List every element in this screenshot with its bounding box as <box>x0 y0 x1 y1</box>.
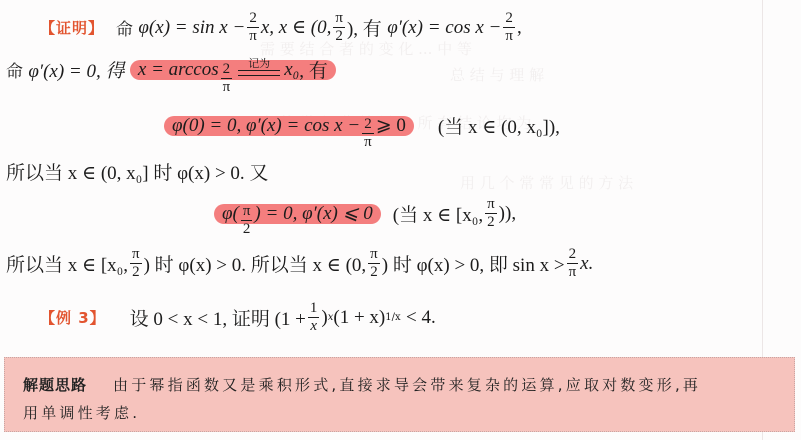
conclusion-text: ) 时 φ(x) > 0. 所以当 x ∈ (0, <box>144 250 367 277</box>
fraction-2-over-pi: 2 π <box>247 10 259 45</box>
conclusion-text: 所以当 x ∈ (0, x₀] 时 φ(x) > 0. 又 <box>6 158 268 185</box>
condition-text: (当 x ∈ [x₀, <box>393 200 483 227</box>
hint-text: 由于幂指函数又是乘积形式,直接求导会带来复杂的运算,应取对数变形,再 <box>113 376 701 394</box>
bleed-through-text: 总 结 与 理 解 <box>450 64 544 85</box>
domain-text: x, x ∈ (0, <box>261 16 332 39</box>
example-statement: < 4. <box>406 307 436 329</box>
solution-hint-box: 解题思路由于幂指函数又是乘积形式,直接求导会带来复杂的运算,应取对数变形,再 用… <box>4 357 795 432</box>
highlight-arccos: x = arccos 2 π 记为 x₀ , 有 <box>130 60 336 80</box>
conclusion-text: 所以当 x ∈ [x₀, <box>6 250 128 277</box>
let-word: 命 <box>6 57 23 82</box>
hint-line-1: 解题思路由于幂指函数又是乘积形式,直接求导会带来复杂的运算,应取对数变形,再 <box>23 374 701 395</box>
exponent-1-over-x: 1/x <box>385 312 400 323</box>
interval-close: ), 有 <box>347 14 382 41</box>
fraction-1-over-x: 1 x <box>308 300 320 335</box>
derivative-expression: φ′(x) = cos x − <box>387 17 501 39</box>
proof-line-1: 【证明】 命 φ(x) = sin x − 2 π x, x ∈ (0, π 2… <box>40 10 522 45</box>
hint-line-2: 用单调性考虑. <box>23 402 140 423</box>
example-statement: 设 0 < x < 1, 证明 (1 + <box>130 304 306 331</box>
proof-line-4: 所以当 x ∈ (0, x₀] 时 φ(x) > 0. 又 <box>6 158 268 185</box>
hint-title: 解题思路 <box>23 376 87 394</box>
let-word: 命 <box>116 15 133 40</box>
conclusion-text: ) 时 φ(x) > 0, 即 sin x > <box>382 250 565 277</box>
fraction-pi-over-2: π 2 <box>485 196 497 231</box>
punctuation: , <box>517 17 522 39</box>
fraction-pi-over-2: π 2 <box>333 10 345 45</box>
conclusion-end: x. <box>580 253 593 275</box>
critical-point-equation: φ′(x) = 0, 得 <box>28 56 124 83</box>
proof-line-5: φ( π 2 ) = 0, φ′(x) ⩽ 0 (当 x ∈ [x₀, π 2 … <box>214 196 516 231</box>
fraction-2-over-pi: 2 π <box>362 116 374 151</box>
proof-line-3: φ(0) = 0, φ′(x) = cos x − 2 π ⩾ 0 (当 x ∈… <box>164 112 560 139</box>
punctuation: )), <box>499 203 516 225</box>
highlight-phi-zero: φ(0) = 0, φ′(x) = cos x − 2 π ⩾ 0 <box>164 116 414 136</box>
proof-tag: 【证明】 <box>40 17 104 38</box>
proof-line-2: 命 φ′(x) = 0, 得 x = arccos 2 π 记为 x₀ , 有 <box>6 56 336 83</box>
phi-definition: φ(x) = sin x − <box>138 17 245 39</box>
fraction-pi-over-2: π 2 <box>241 203 253 238</box>
fraction-2-over-pi: 2 π <box>503 10 515 45</box>
denoted-as-equals: 记为 <box>238 58 280 82</box>
example-statement: (1 + x) <box>333 307 385 329</box>
condition-text: (当 x ∈ (0, x₀]), <box>438 112 560 139</box>
fraction-pi-over-2: π 2 <box>130 246 142 281</box>
bleed-through-text: 用 几 个 常 常 见 的 方 法 <box>460 172 633 193</box>
example-3-line: 【例 3】 设 0 < x < 1, 证明 (1 + 1 x )x (1 + x… <box>40 300 436 335</box>
hint-text: 用单调性考虑. <box>23 404 140 422</box>
proof-line-6: 所以当 x ∈ [x₀, π 2 ) 时 φ(x) > 0. 所以当 x ∈ (… <box>6 246 593 281</box>
example-tag: 【例 3】 <box>40 307 106 328</box>
fraction-2-over-pi: 2 π <box>567 246 579 281</box>
highlight-phi-pi-half: φ( π 2 ) = 0, φ′(x) ⩽ 0 <box>214 204 381 224</box>
fraction-2-over-pi: 2 π <box>221 61 233 96</box>
fraction-pi-over-2: π 2 <box>368 246 380 281</box>
